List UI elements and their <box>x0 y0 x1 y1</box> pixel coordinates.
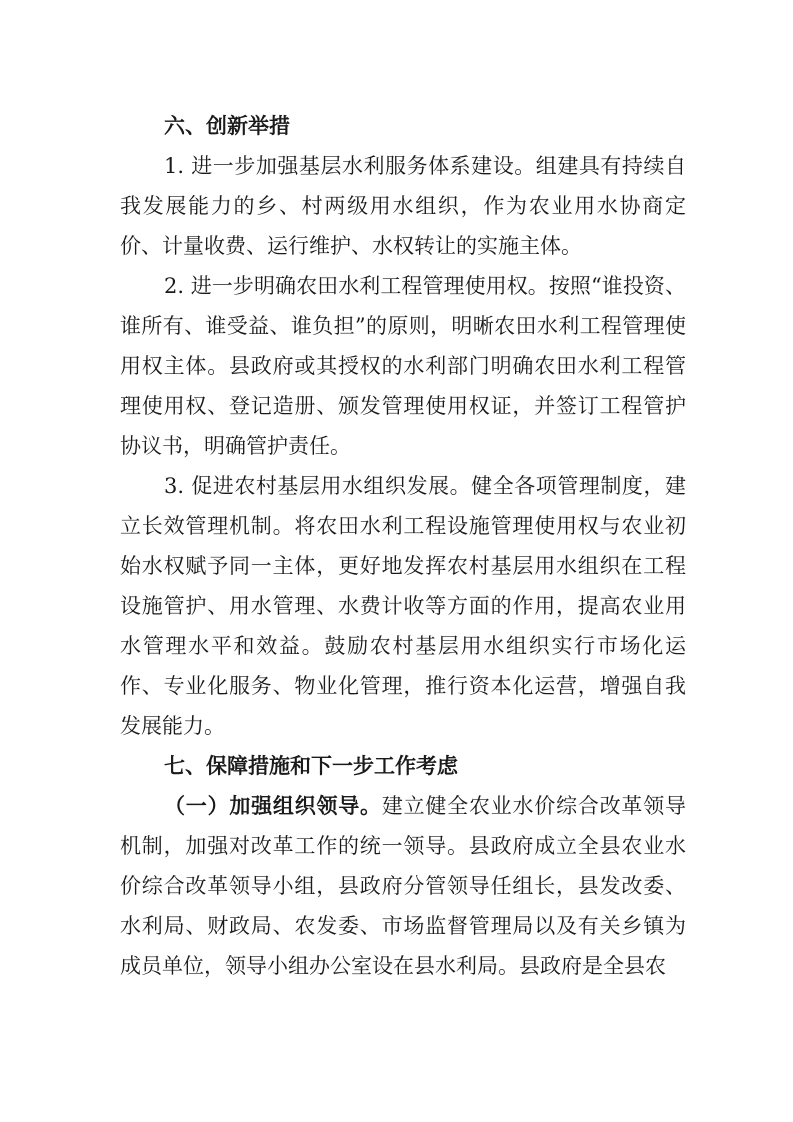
paragraph-sub-1: （一）加强组织领导。建立健全农业水价综合改革领导机制，加强对改革工作的统一领导。… <box>120 786 686 986</box>
subsection-body: 建立健全农业水价综合改革领导机制，加强对改革工作的统一领导。县政府成立全县农业水… <box>120 794 686 978</box>
paragraph-item-3: 3. 促进农村基层用水组织发展。健全各项管理制度，建立长效管理机制。将农田水利工… <box>120 466 686 746</box>
paragraph-item-1: 1. 进一步加强基层水利服务体系建设。组建具有持续自我发展能力的乡、村两级用水组… <box>120 146 686 266</box>
section-heading-7: 七、保障措施和下一步工作考虑 <box>120 746 686 786</box>
subsection-title: （一）加强组织领导。 <box>164 794 382 818</box>
paragraph-item-2: 2. 进一步明确农田水利工程管理使用权。按照“谁投资、谁所有、谁受益、谁负担”的… <box>120 266 686 466</box>
section-heading-6: 六、创新举措 <box>120 106 686 146</box>
document-page: 六、创新举措 1. 进一步加强基层水利服务体系建设。组建具有持续自我发展能力的乡… <box>120 106 686 986</box>
